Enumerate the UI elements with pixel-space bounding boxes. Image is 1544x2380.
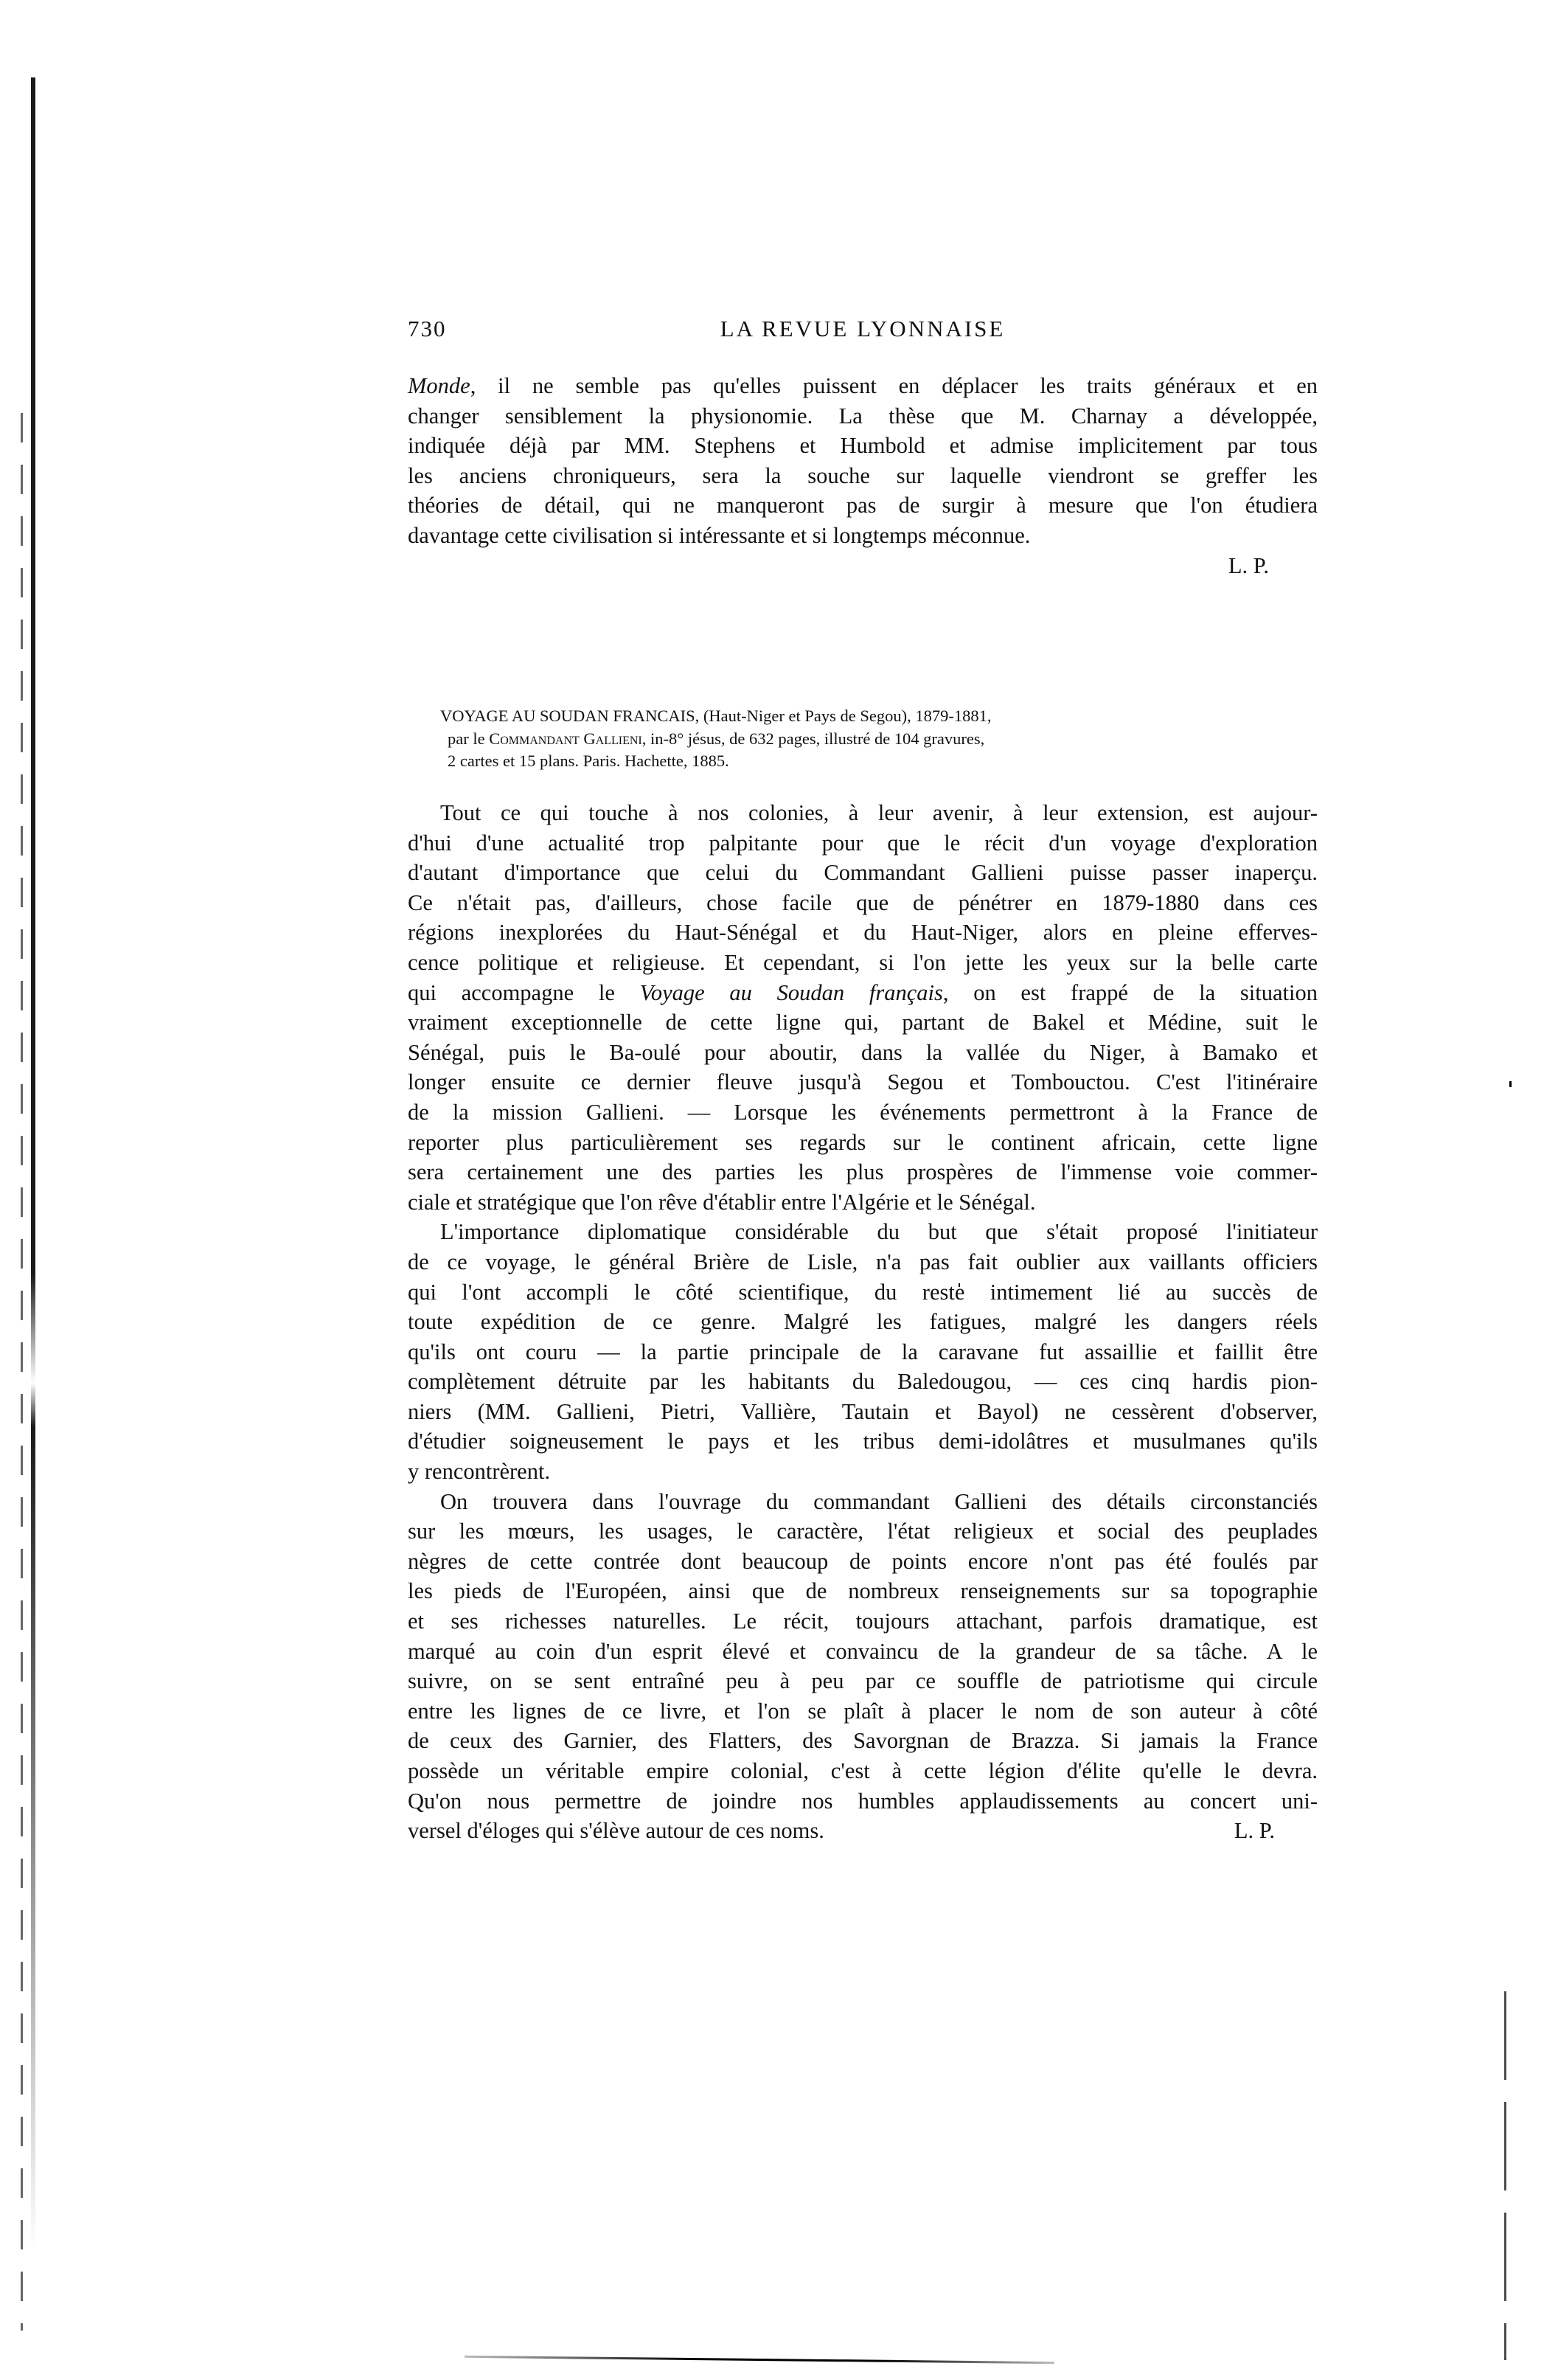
text-line: qui accompagne le Voyage au Soudan franç… [408,978,1318,1008]
journal-title: LA REVUE LYONNAISE [408,316,1318,342]
text-line: niers (MM. Gallieni, Pietri, Vallière, T… [408,1397,1318,1427]
previous-review-conclusion: Monde, il ne semble pas qu'elles puissen… [408,371,1318,580]
text-line: Qu'on nous permettre de joindre nos humb… [408,1786,1318,1817]
scan-binding-edge-inner [21,413,23,2331]
text-line: d'hui d'une actualité trop palpitante po… [408,828,1318,858]
text-line: les pieds de l'Européen, ainsi que de no… [408,1576,1318,1606]
text-line: Tout ce qui touche à nos colonies, à leu… [408,798,1318,828]
text-line: d'autant d'importance que celui du Comma… [408,858,1318,888]
text-line: toute expédition de ce genre. Malgré les… [408,1307,1318,1337]
text-line: indiquée déjà par MM. Stephens et Humbol… [408,431,1318,461]
review-body: Tout ce qui touche à nos colonies, à leu… [408,798,1318,1846]
text-line: Sénégal, puis le Ba-oulé pour aboutir, d… [408,1038,1318,1068]
text-line: reporter plus particulièrement ses regar… [408,1128,1318,1158]
text-line: entre les lignes de ce livre, et l'on se… [408,1696,1318,1727]
text-line: les anciens chroniqueurs, sera la souche… [408,461,1318,491]
text-line: de ceux des Garnier, des Flatters, des S… [408,1726,1318,1756]
text-line: qui l'ont accompli le côté scientifique,… [408,1277,1318,1308]
text-line: davantage cette civilisation si intéress… [408,521,1318,551]
scan-bottom-smudge [465,2356,1054,2364]
italic-title: Voyage au Soudan français [640,980,943,1005]
text-line: régions inexplorées du Haut-Sénégal et d… [408,917,1318,948]
text-line: possède un véritable empire colonial, c'… [408,1756,1318,1786]
text-line: longer ensuite ce dernier fleuve jusqu'à… [408,1067,1318,1097]
signature: L. P. [1234,1816,1318,1846]
text-line: théories de détail, qui ne manqueront pa… [408,490,1318,521]
text-line: cence politique et religieuse. Et cepend… [408,948,1318,978]
text-line: qu'ils ont couru — la partie principale … [408,1337,1318,1367]
scan-binding-edge [31,77,35,2253]
text-line: d'étudier soigneusement le pays et les t… [408,1426,1318,1457]
text-line: Ce n'était pas, d'ailleurs, chose facile… [408,888,1318,918]
paragraph: L'importance diplomatique considérable d… [408,1217,1318,1486]
text-line: L'importance diplomatique considérable d… [408,1217,1318,1247]
book-author: Commandant Gallieni [489,729,642,748]
scan-right-edge [1504,1991,1506,2360]
paragraph: On trouvera dans l'ouvrage du commandant… [408,1487,1318,1846]
running-head: 730 LA REVUE LYONNAISE [408,316,1318,345]
text-line: On trouvera dans l'ouvrage du commandant… [408,1487,1318,1517]
text-line: de la mission Gallieni. — Lorsque les év… [408,1097,1318,1128]
text-line: changer sensiblement la physionomie. La … [408,401,1318,431]
text-line: de ce voyage, le général Brière de Lisle… [408,1247,1318,1277]
text-line: vraiment exceptionnelle de cette ligne q… [408,1007,1318,1038]
biblio-line: VOYAGE AU SOUDAN FRANCAIS, (Haut-Niger e… [408,705,1318,728]
text-line: et ses richesses naturelles. Le récit, t… [408,1606,1318,1637]
text-line: versel d'éloges qui s'élève autour de ce… [408,1816,1318,1846]
text-line: sera certainement une des parties les pl… [408,1157,1318,1187]
text-line: nègres de cette contrée dont beaucoup de… [408,1547,1318,1577]
scan-speck [1509,1081,1512,1087]
text-line: marqué au coin d'un esprit élevé et conv… [408,1637,1318,1667]
text-line: sur les mœurs, les usages, le caractère,… [408,1516,1318,1547]
text-line: y rencontrèrent. [408,1457,1318,1487]
biblio-line: par le Commandant Gallieni, in-8° jésus,… [408,728,1318,751]
book-title: VOYAGE AU SOUDAN FRANCAIS, [440,707,699,725]
text-line: complètement détruite par les habitants … [408,1367,1318,1397]
italic-title: Monde [408,373,470,398]
bibliographic-entry: VOYAGE AU SOUDAN FRANCAIS, (Haut-Niger e… [408,705,1318,773]
biblio-line: 2 cartes et 15 plans. Paris. Hachette, 1… [408,750,1318,773]
signature: L. P. [408,551,1318,581]
text-line: ciale et stratégique que l'on rêve d'éta… [408,1187,1318,1218]
text-line: suivre, on se sent entraîné peu à peu pa… [408,1666,1318,1696]
text-line: Monde, il ne semble pas qu'elles puissen… [408,371,1318,401]
paragraph: Tout ce qui touche à nos colonies, à leu… [408,798,1318,1217]
